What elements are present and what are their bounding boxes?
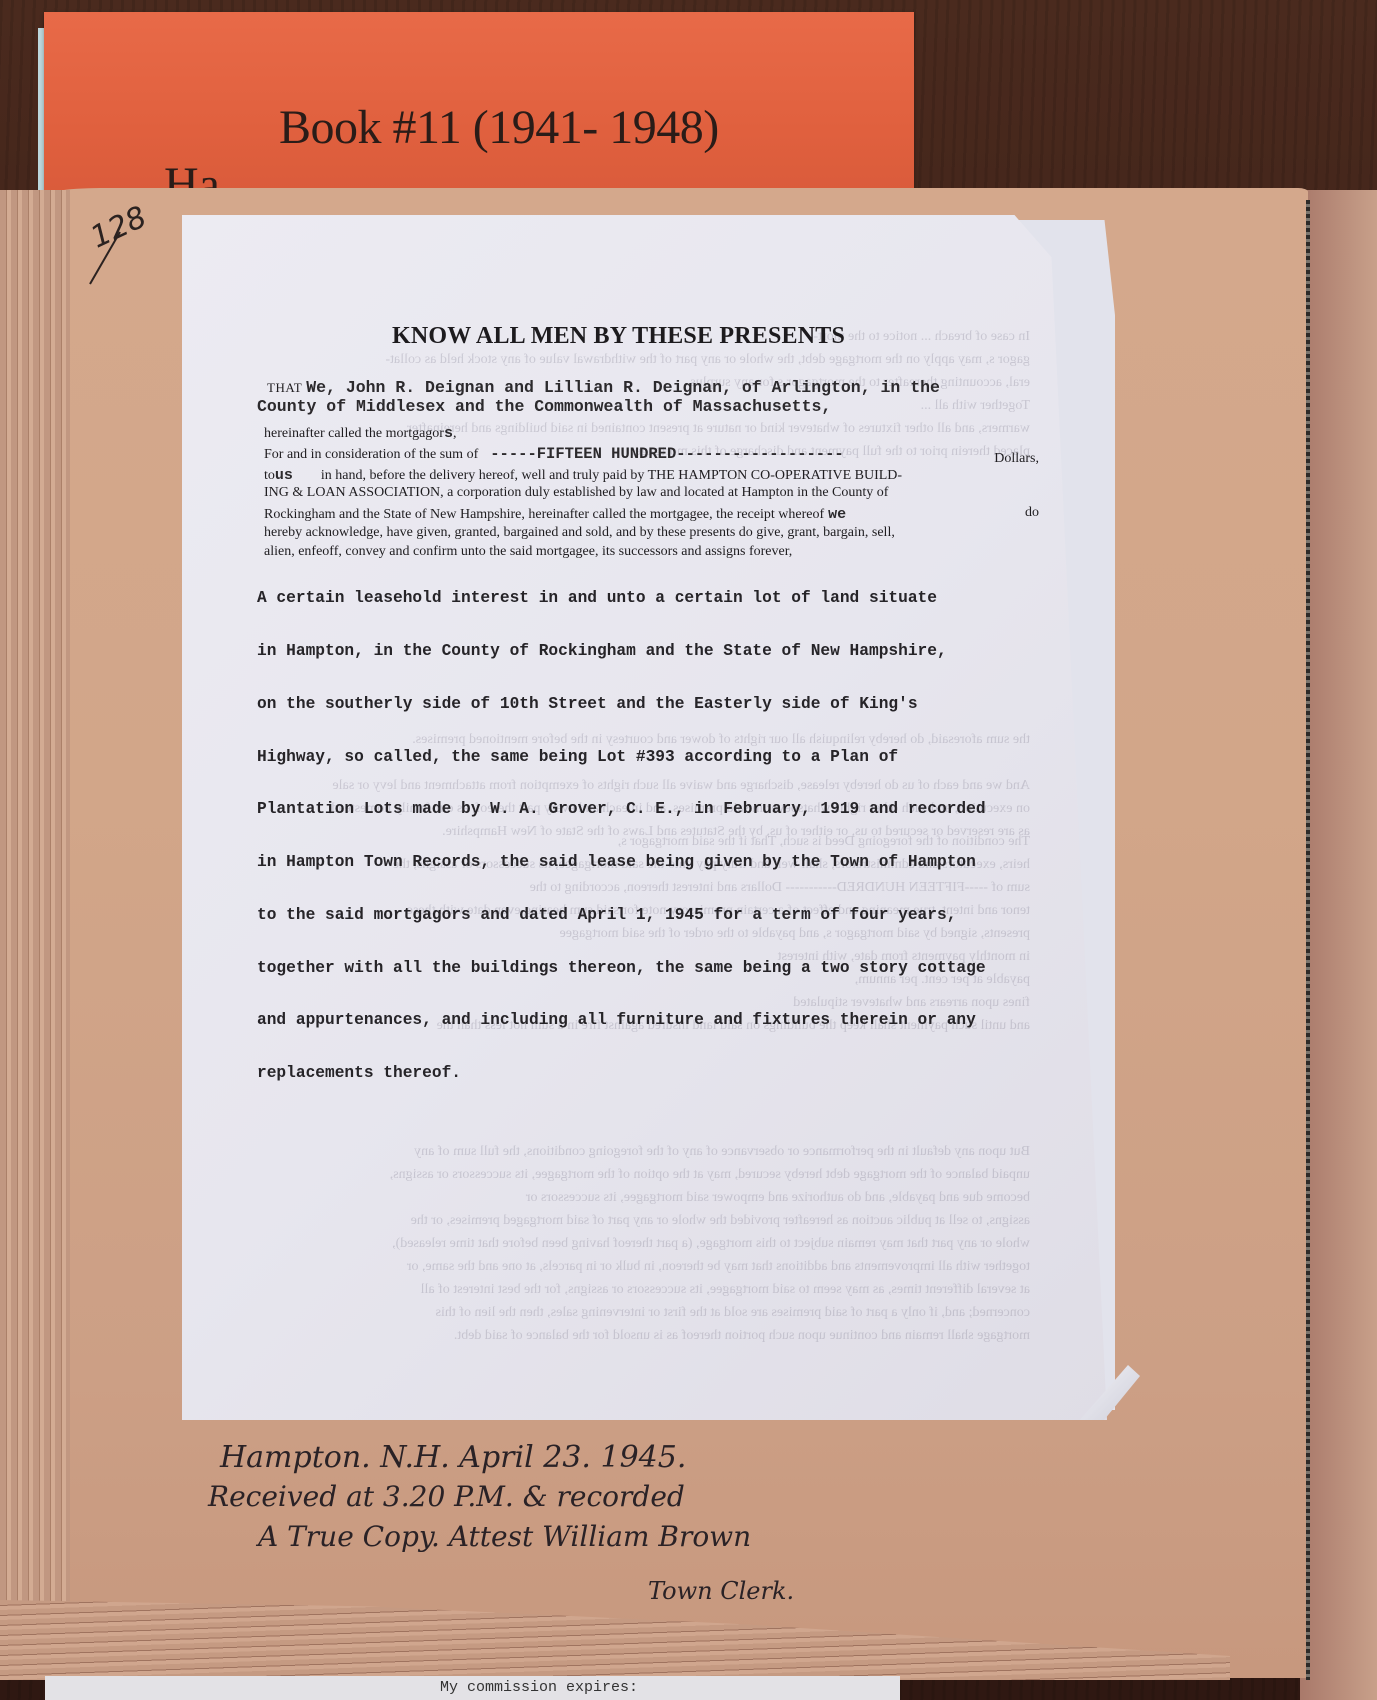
notary-commission-text: My commission expires: bbox=[440, 1679, 638, 1696]
consideration-lead: For and in consideration of the sum of bbox=[264, 447, 478, 462]
printed-line-1-rest: in hand, before the delivery hereof, wel… bbox=[321, 468, 902, 483]
mortgagors-comma: , bbox=[453, 426, 457, 441]
consideration-line: For and in consideration of the sum of -… bbox=[264, 445, 1039, 463]
printed-line-3: Rockingham and the State of New Hampshir… bbox=[264, 505, 1039, 523]
do-word: do bbox=[1025, 505, 1039, 521]
consideration-currency: Dollars, bbox=[994, 451, 1039, 467]
page-stack-edges bbox=[0, 190, 70, 1660]
book-binding bbox=[1306, 200, 1310, 1680]
printed-line-4: hereby acknowledge, have given, granted,… bbox=[264, 525, 895, 541]
property-line: Plantation Lots made by W. A. Grover, C.… bbox=[257, 801, 1107, 819]
that-label: THAT bbox=[267, 380, 302, 395]
opening-line-1: THAT We, John R. Deignan and Lillian R. … bbox=[267, 378, 940, 397]
consideration-amount: -----FIFTEEN HUNDRED------------------ bbox=[490, 445, 843, 463]
property-line: replacements thereof. bbox=[257, 1065, 1107, 1083]
we-typed: we bbox=[828, 506, 846, 523]
deed-heading: KNOW ALL MEN BY THESE PRESENTS bbox=[392, 323, 845, 350]
to-word: to bbox=[264, 468, 275, 483]
property-line: Highway, so called, the same being Lot #… bbox=[257, 749, 1107, 767]
us-typed: us bbox=[275, 467, 293, 484]
property-description: A certain leasehold interest in and unto… bbox=[257, 555, 1107, 1100]
recording-note-line-1: Hampton. N.H. April 23. 1945. bbox=[220, 1440, 686, 1475]
bleed-through-bottom: But upon any default in the performance … bbox=[255, 1140, 1030, 1347]
property-line: to the said mortgagors and dated April 1… bbox=[257, 907, 1107, 925]
property-line: on the southerly side of 10th Street and… bbox=[257, 696, 1107, 714]
printed-line-1: tousin hand, before the delivery hereof,… bbox=[264, 466, 902, 484]
grantors-line-2: County of Middlesex and the Commonwealth… bbox=[257, 397, 831, 416]
printed-line-3-lead: Rockingham and the State of New Hampshir… bbox=[264, 507, 824, 522]
recording-note-line-4: Town Clerk. bbox=[648, 1577, 794, 1605]
mortgagors-typed-s: s bbox=[444, 425, 453, 442]
facing-page bbox=[1300, 190, 1377, 1700]
printed-line-2: ING & LOAN ASSOCIATION, a corporation du… bbox=[264, 485, 888, 501]
property-line: A certain leasehold interest in and unto… bbox=[257, 590, 1107, 608]
mortgagors-line: hereinafter called the mortgagors, bbox=[264, 424, 456, 442]
cover-title: Book #11 (1941- 1948) bbox=[279, 100, 719, 155]
property-line: in Hampton, in the County of Rockingham … bbox=[257, 643, 1107, 661]
recording-note-line-2: Received at 3.20 P.M. & recorded bbox=[208, 1480, 685, 1513]
property-line: in Hampton Town Records, the said lease … bbox=[257, 854, 1107, 872]
grantors-line-1: We, John R. Deignan and Lillian R. Deign… bbox=[306, 378, 940, 397]
recording-note-line-3: A True Copy. Attest William Brown bbox=[258, 1520, 751, 1553]
property-line: together with all the buildings thereon,… bbox=[257, 960, 1107, 978]
orange-book-cover: Book #11 (1941- 1948) Ha bbox=[44, 12, 914, 212]
mortgagors-printed: hereinafter called the mortgagor bbox=[264, 426, 444, 441]
property-line: and appurtenances, and including all fur… bbox=[257, 1012, 1107, 1030]
